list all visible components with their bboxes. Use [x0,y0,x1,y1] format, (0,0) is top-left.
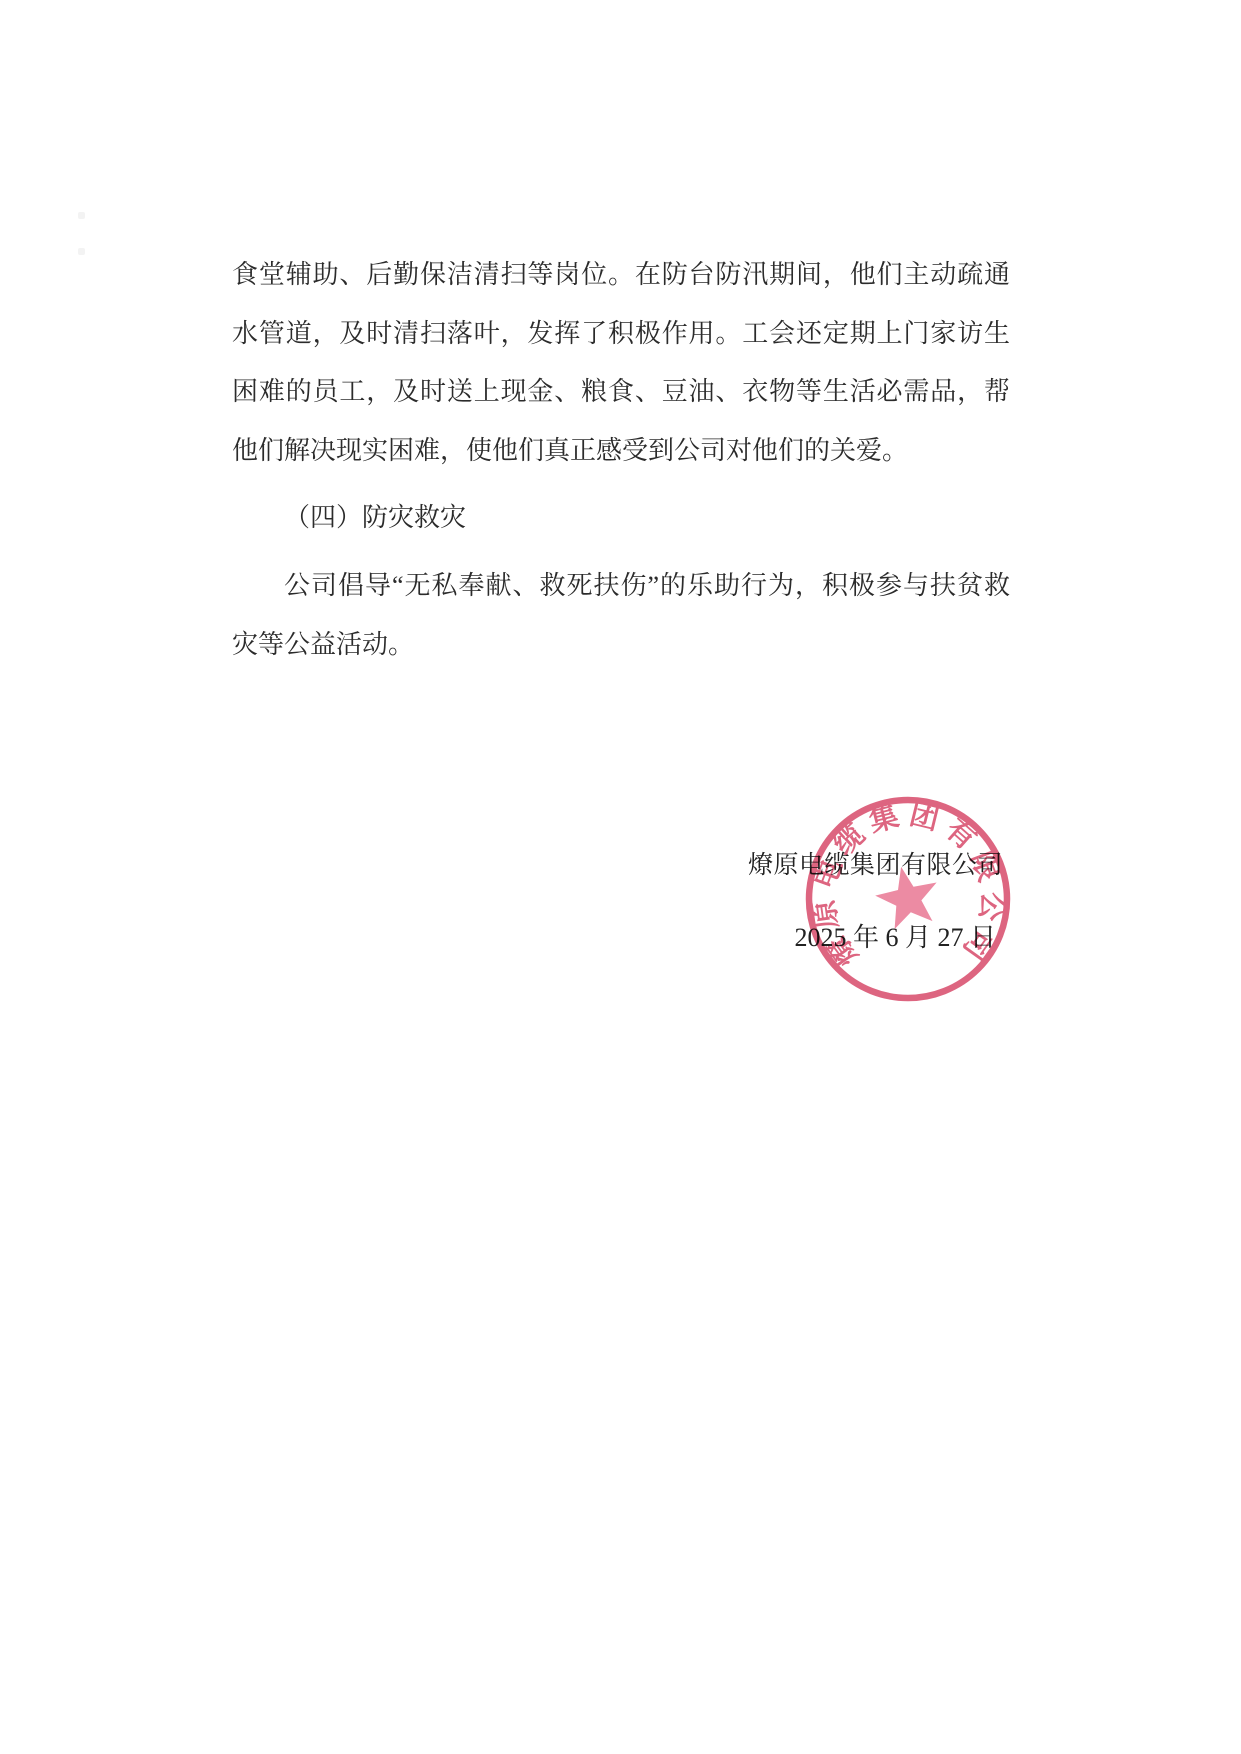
text-line: 食堂辅助、后勤保洁清扫等岗位。在防台防汛期间，他们主动疏通下 [232,246,1010,305]
text-line: 灾等公益活动。 [232,616,1010,675]
paragraph-welfare-support: 食堂辅助、后勤保洁清扫等岗位。在防台防汛期间，他们主动疏通下 水管道，及时清扫落… [232,246,1010,480]
signature-company-name: 燎原电缆集团有限公司 [748,845,1003,881]
document-page: 食堂辅助、后勤保洁清扫等岗位。在防台防汛期间，他们主动疏通下 水管道，及时清扫落… [0,0,1241,1754]
text-line: 公司倡导“无私奉献、救死扶伤”的乐助行为，积极参与扶贫救 [232,557,1010,616]
signature-date: 2025 年 6 月 27 日 [794,917,996,954]
scan-artifact [78,248,85,255]
company-seal-stamp: 燎原电缆集团有限公司 [793,784,1023,1014]
scan-artifact [78,212,85,219]
section-heading-disaster-relief: （四）防灾救灾 [232,489,1010,548]
text-line: 水管道，及时清扫落叶，发挥了积极作用。工会还定期上门家访生活 [232,305,1010,364]
seal-graphic: 燎原电缆集团有限公司 [793,784,1023,1014]
paragraph-disaster-relief: 公司倡导“无私奉献、救死扶伤”的乐助行为，积极参与扶贫救 灾等公益活动。 [232,557,1010,674]
text-line: 困难的员工，及时送上现金、粮食、豆油、衣物等生活必需品，帮助 [232,363,1010,422]
text-line: 他们解决现实困难，使他们真正感受到公司对他们的关爱。 [232,422,1010,481]
seal-ring [809,800,1007,998]
